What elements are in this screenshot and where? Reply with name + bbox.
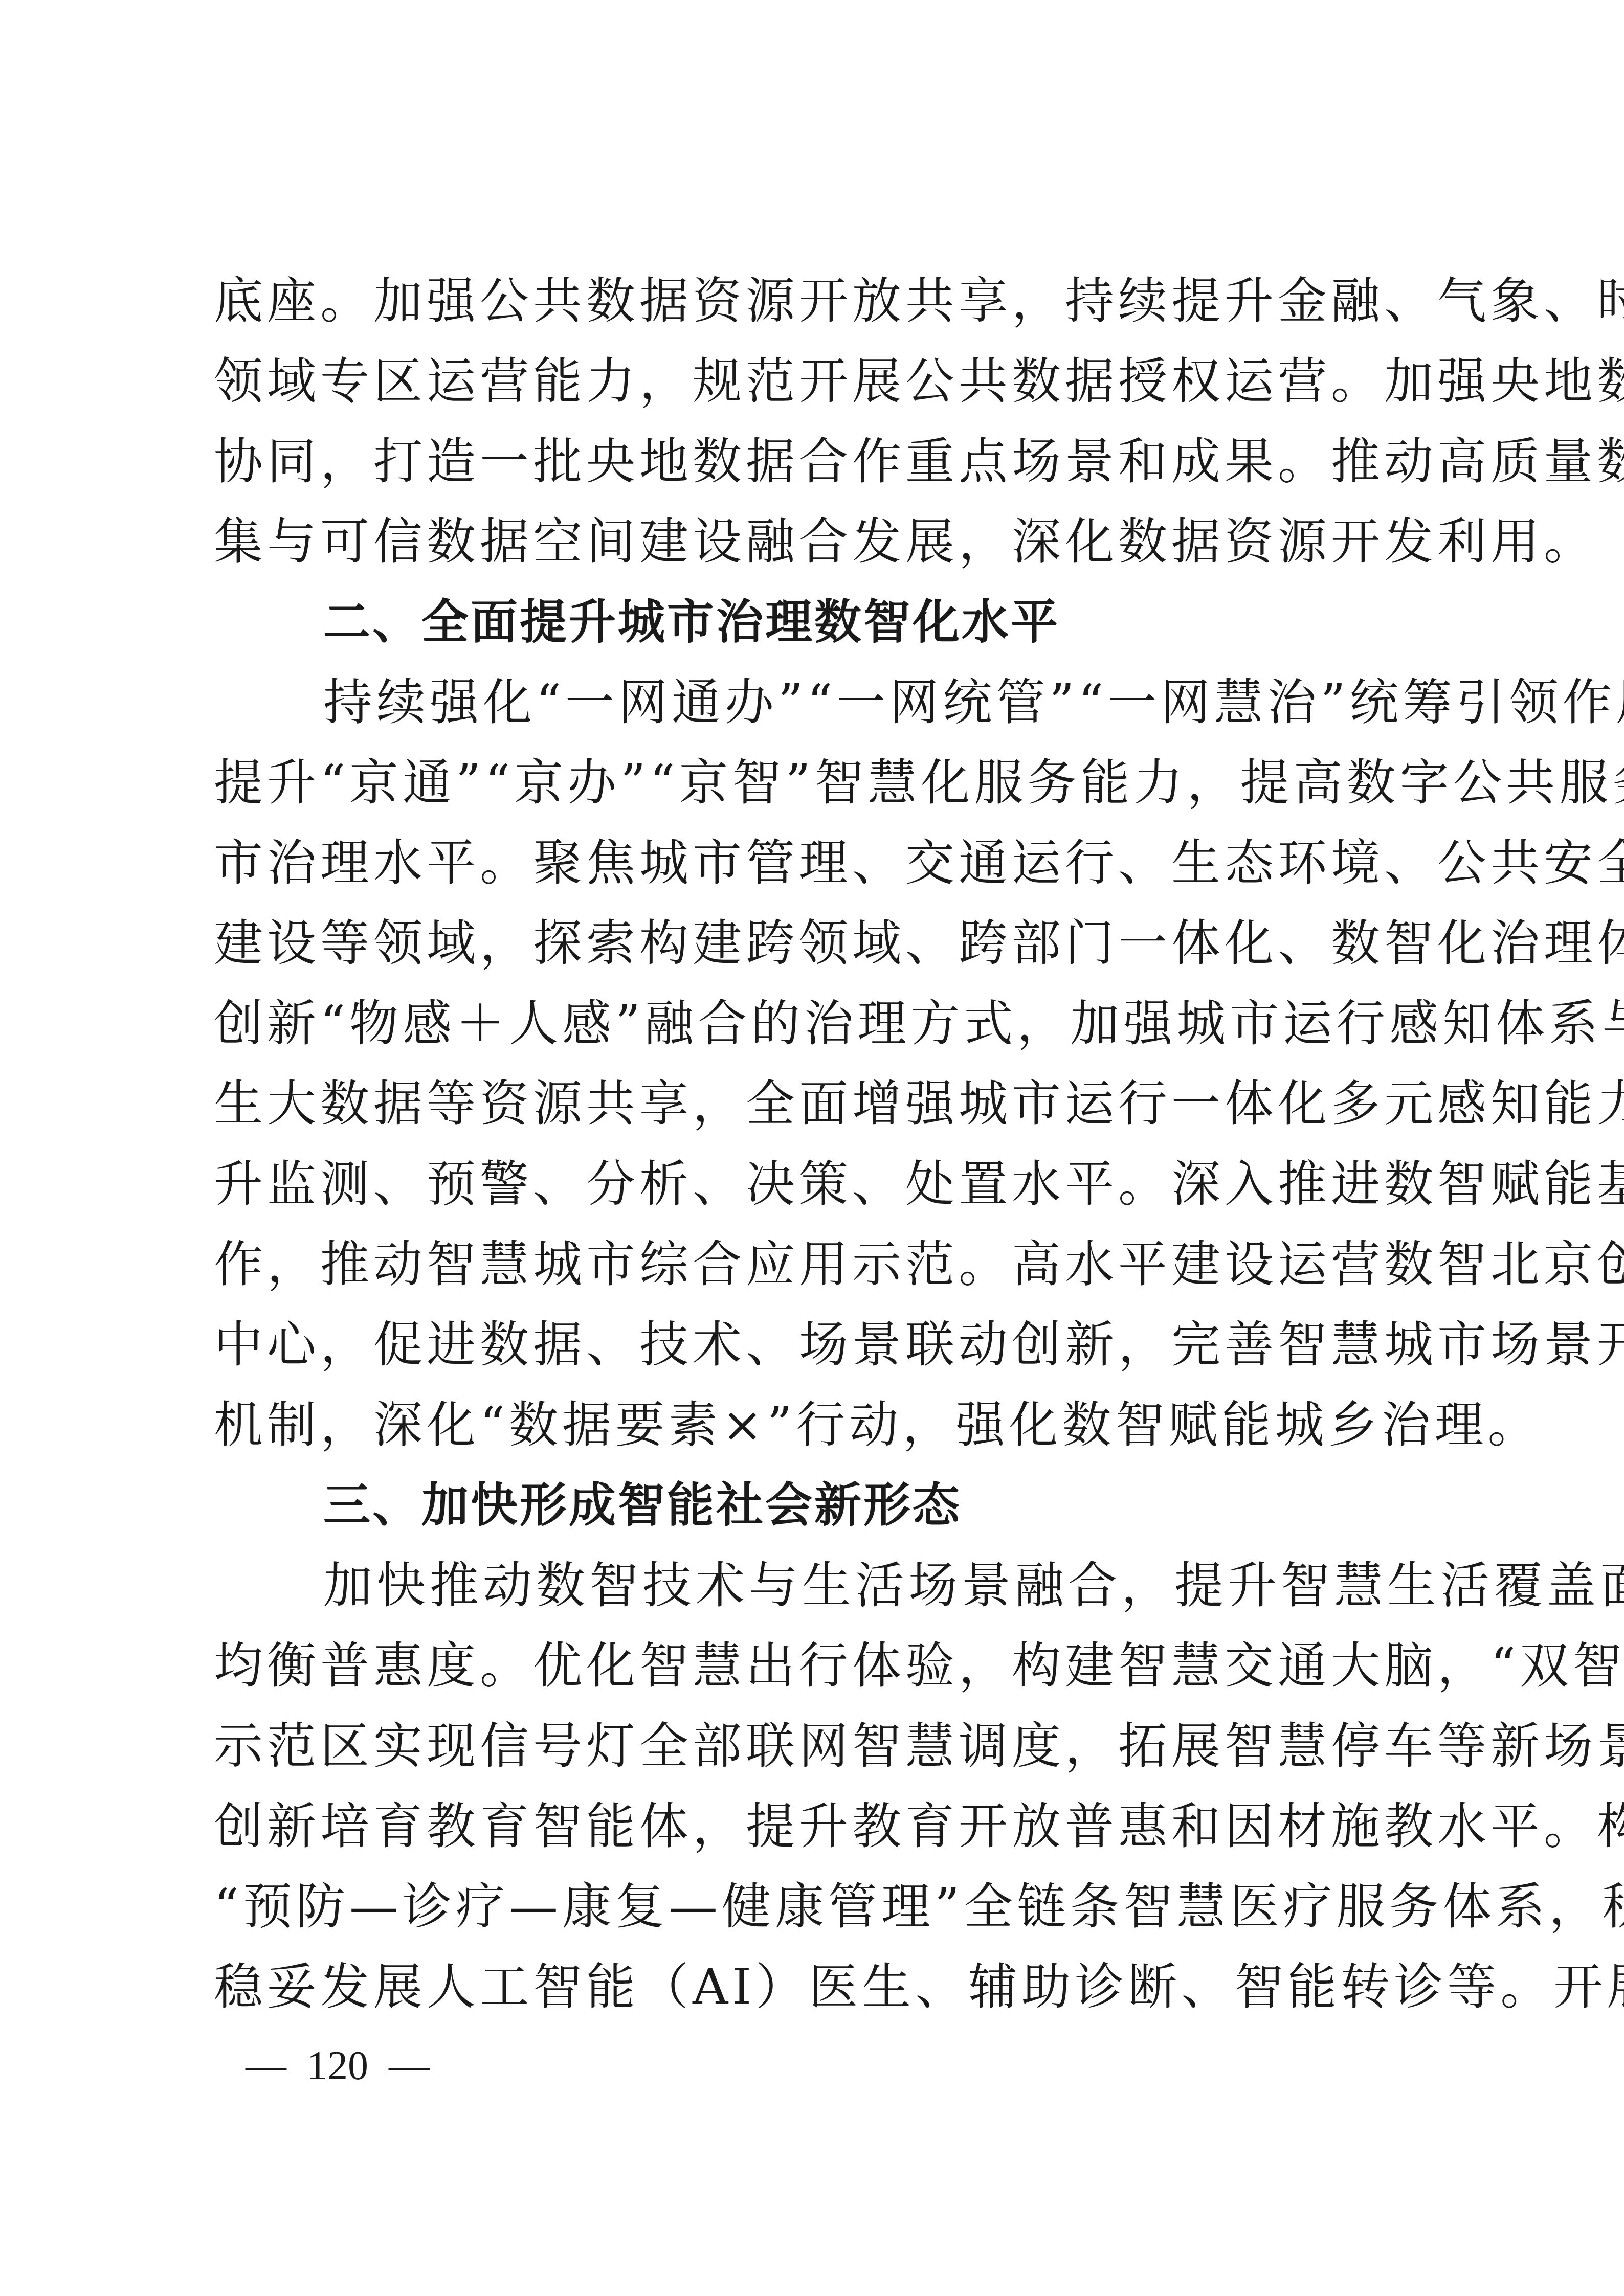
page-number: — 120 —	[246, 2040, 430, 2091]
text-line: 稳妥发展人工智能（AI）医生、辅助诊断、智能转诊等。开展“智慧	[214, 1947, 1427, 2027]
paragraph-data-foundation: 底座。加强公共数据资源开放共享，持续提升金融、气象、时空等 领域专区运营能力，规…	[214, 261, 1427, 582]
text-line: 生大数据等资源共享，全面增强城市运行一体化多元感知能力，提	[214, 1064, 1427, 1144]
text-line: 提升“京通”“京办”“京智”智慧化服务能力，提高数字公共服务、城	[214, 742, 1427, 823]
text-line: “预防—诊疗—康复—健康管理”全链条智慧医疗服务体系，积极	[214, 1866, 1427, 1947]
text-line: 机制，深化“数据要素×”行动，强化数智赋能城乡治理。	[214, 1385, 1427, 1465]
text-line: 升监测、预警、分析、决策、处置水平。深入推进数智赋能基层工	[214, 1144, 1427, 1224]
text-line: 示范区实现信号灯全部联网智慧调度，拓展智慧停车等新场景。	[214, 1706, 1427, 1786]
text-line: 均衡普惠度。优化智慧出行体验，构建智慧交通大脑，“双智”城市	[214, 1626, 1427, 1706]
document-page: 底座。加强公共数据资源开放共享，持续提升金融、气象、时空等 领域专区运营能力，规…	[214, 261, 1427, 2027]
section-heading-city-governance: 二、全面提升城市治理数智化水平	[214, 582, 1427, 662]
text-line: 创新培育教育智能体，提升教育开放普惠和因材施教水平。构建	[214, 1786, 1427, 1866]
paragraph-city-governance: 持续强化“一网通办”“一网统管”“一网慧治”统筹引领作用， 提升“京通”“京办”…	[214, 662, 1427, 1465]
text-line: 持续强化“一网通办”“一网统管”“一网慧治”统筹引领作用，	[214, 662, 1427, 742]
text-line: 建设等领域，探索构建跨领域、跨部门一体化、数智化治理体系。	[214, 903, 1427, 983]
text-line: 集与可信数据空间建设融合发展，深化数据资源开发利用。	[214, 502, 1427, 582]
text-line: 创新“物感＋人感”融合的治理方式，加强城市运行感知体系与民	[214, 983, 1427, 1064]
text-line: 协同，打造一批央地数据合作重点场景和成果。推动高质量数据	[214, 421, 1427, 502]
paragraph-smart-society: 加快推动数智技术与生活场景融合，提升智慧生活覆盖面和 均衡普惠度。优化智慧出行体…	[214, 1545, 1427, 2027]
text-line: 市治理水平。聚焦城市管理、交通运行、生态环境、公共安全、规划	[214, 823, 1427, 903]
text-line: 作，推动智慧城市综合应用示范。高水平建设运营数智北京创新	[214, 1224, 1427, 1304]
text-line: 底座。加强公共数据资源开放共享，持续提升金融、气象、时空等	[214, 261, 1427, 341]
text-line: 中心，促进数据、技术、场景联动创新，完善智慧城市场景开放创新	[214, 1304, 1427, 1385]
text-line: 领域专区运营能力，规范开展公共数据授权运营。加强央地数据	[214, 341, 1427, 421]
section-heading-smart-society: 三、加快形成智能社会新形态	[214, 1465, 1427, 1545]
text-line: 加快推动数智技术与生活场景融合，提升智慧生活覆盖面和	[214, 1545, 1427, 1626]
